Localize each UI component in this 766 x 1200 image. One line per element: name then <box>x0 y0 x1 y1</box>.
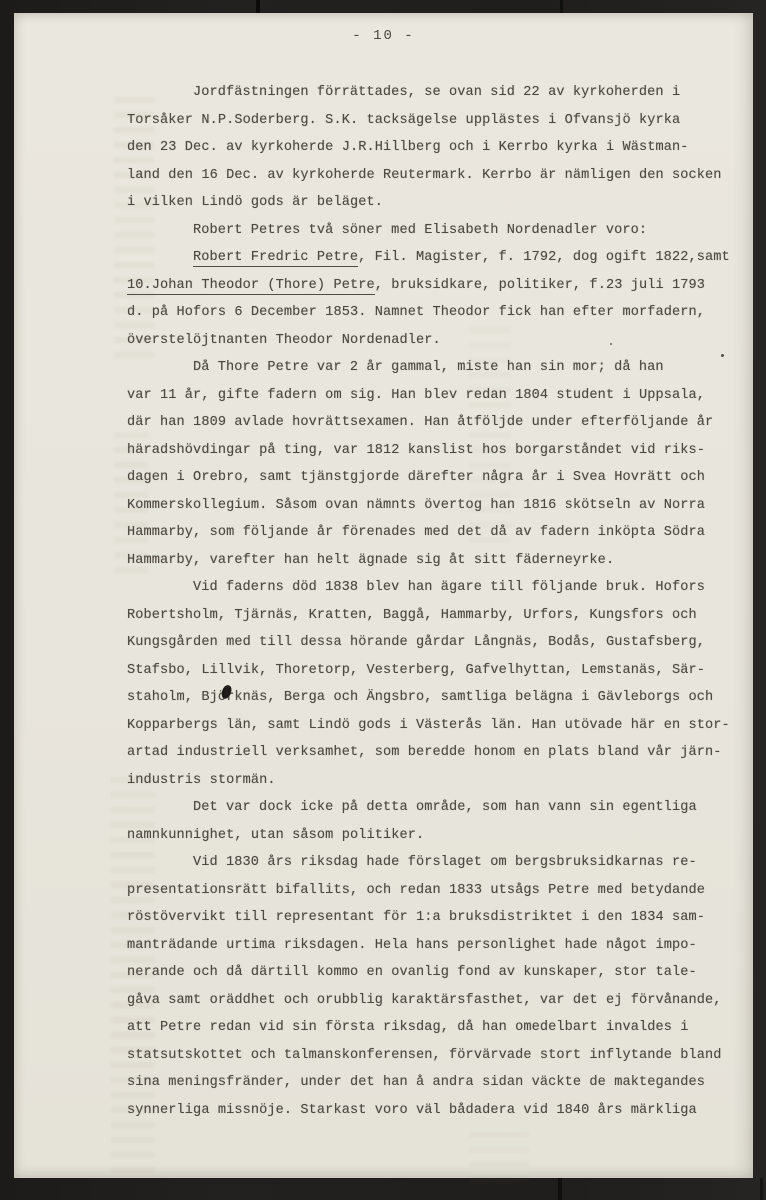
text-line: Robert Petres två söner med Elisabeth No… <box>127 217 732 245</box>
text-line: artad industriell verksamhet, som beredd… <box>127 739 732 767</box>
underlined-name: 10.Johan Theodor (Thore) Petre <box>127 278 375 295</box>
scan-crease <box>760 1178 763 1200</box>
paper-sheet: - 10 - Jordfästningen förrättades, se ov… <box>14 13 753 1178</box>
text-line: dagen i Orebro, samt tjänstgjorde däreft… <box>127 464 732 492</box>
text-line: industris stormän. <box>127 767 732 795</box>
text-line: överstelöjtnanten Theodor Nordenadler. <box>127 327 732 355</box>
text-line: namnkunnighet, utan såsom politiker. <box>127 822 732 850</box>
scan-crease <box>256 0 260 14</box>
scanned-page: - 10 - Jordfästningen förrättades, se ov… <box>0 0 766 1200</box>
text-line: att Petre redan vid sin första riksdag, … <box>127 1014 732 1042</box>
scan-crease <box>560 0 563 14</box>
text-line: häradshövdingar på ting, var 1812 kansli… <box>127 437 732 465</box>
text-line: land den 16 Dec. av kyrkoherde Reutermar… <box>127 162 732 190</box>
text-line: gåva samt oräddhet och orubblig karaktär… <box>127 987 732 1015</box>
text-line: synnerliga missnöje. Starkast voro väl b… <box>127 1097 732 1125</box>
text-line: 10.Johan Theodor (Thore) Petre, bruksidk… <box>127 272 732 300</box>
text-line: där han 1809 avlade hovrättsexamen. Han … <box>127 409 732 437</box>
text-line: Robertsholm, Tjärnäs, Kratten, Baggå, Ha… <box>127 602 732 630</box>
text-line: Då Thore Petre var 2 år gammal, miste ha… <box>127 354 732 382</box>
text-line: Torsåker N.P.Soderberg. S.K. tacksägelse… <box>127 107 732 135</box>
paper-speck <box>610 343 612 345</box>
text-line: röstövervikt till representant för 1:a b… <box>127 904 732 932</box>
text-body: Jordfästningen förrättades, se ovan sid … <box>127 79 732 1124</box>
text-line: Kungsgården med till dessa hörande gårda… <box>127 629 732 657</box>
text-line: Jordfästningen förrättades, se ovan sid … <box>127 79 732 107</box>
bleedthrough-mark <box>469 1128 529 1183</box>
text-line: staholm, Björknäs, Berga och Ängsbro, sa… <box>127 684 732 712</box>
text-line: manträdande urtima riksdagen. Hela hans … <box>127 932 732 960</box>
paper-speck <box>721 354 724 357</box>
text-line: Vid faderns död 1838 blev han ägare till… <box>127 574 732 602</box>
text-line: Det var dock icke på detta område, som h… <box>127 794 732 822</box>
text-line: sina meningsfränder, under det han å and… <box>127 1069 732 1097</box>
text-line: Robert Fredric Petre, Fil. Magister, f. … <box>127 244 732 272</box>
text-line: Hammarby, som följande år förenades med … <box>127 519 732 547</box>
text-line: i vilken Lindö gods är beläget. <box>127 189 732 217</box>
underlined-name: Robert Fredric Petre <box>193 250 358 267</box>
text-line: d. på Hofors 6 December 1853. Namnet The… <box>127 299 732 327</box>
text-line: Kopparbergs län, samt Lindö gods i Väste… <box>127 712 732 740</box>
text-line: statsutskottet och talmanskonferensen, f… <box>127 1042 732 1070</box>
text-line: Stafsbo, Lillvik, Thoretorp, Vesterberg,… <box>127 657 732 685</box>
text-line: presentationsrätt bifallits, och redan 1… <box>127 877 732 905</box>
text-line: nerande och då därtill kommo en ovanlig … <box>127 959 732 987</box>
text-line: var 11 år, gifte fadern om sig. Han blev… <box>127 382 732 410</box>
text-line: Hammarby, varefter han helt ägnade sig å… <box>127 547 732 575</box>
text-line: Kommerskollegium. Såsom ovan nämnts över… <box>127 492 732 520</box>
page-number: - 10 - <box>14 28 753 44</box>
text-line: den 23 Dec. av kyrkoherde J.R.Hillberg o… <box>127 134 732 162</box>
text-line: Vid 1830 års riksdag hade förslaget om b… <box>127 849 732 877</box>
scan-crease <box>558 1176 562 1200</box>
